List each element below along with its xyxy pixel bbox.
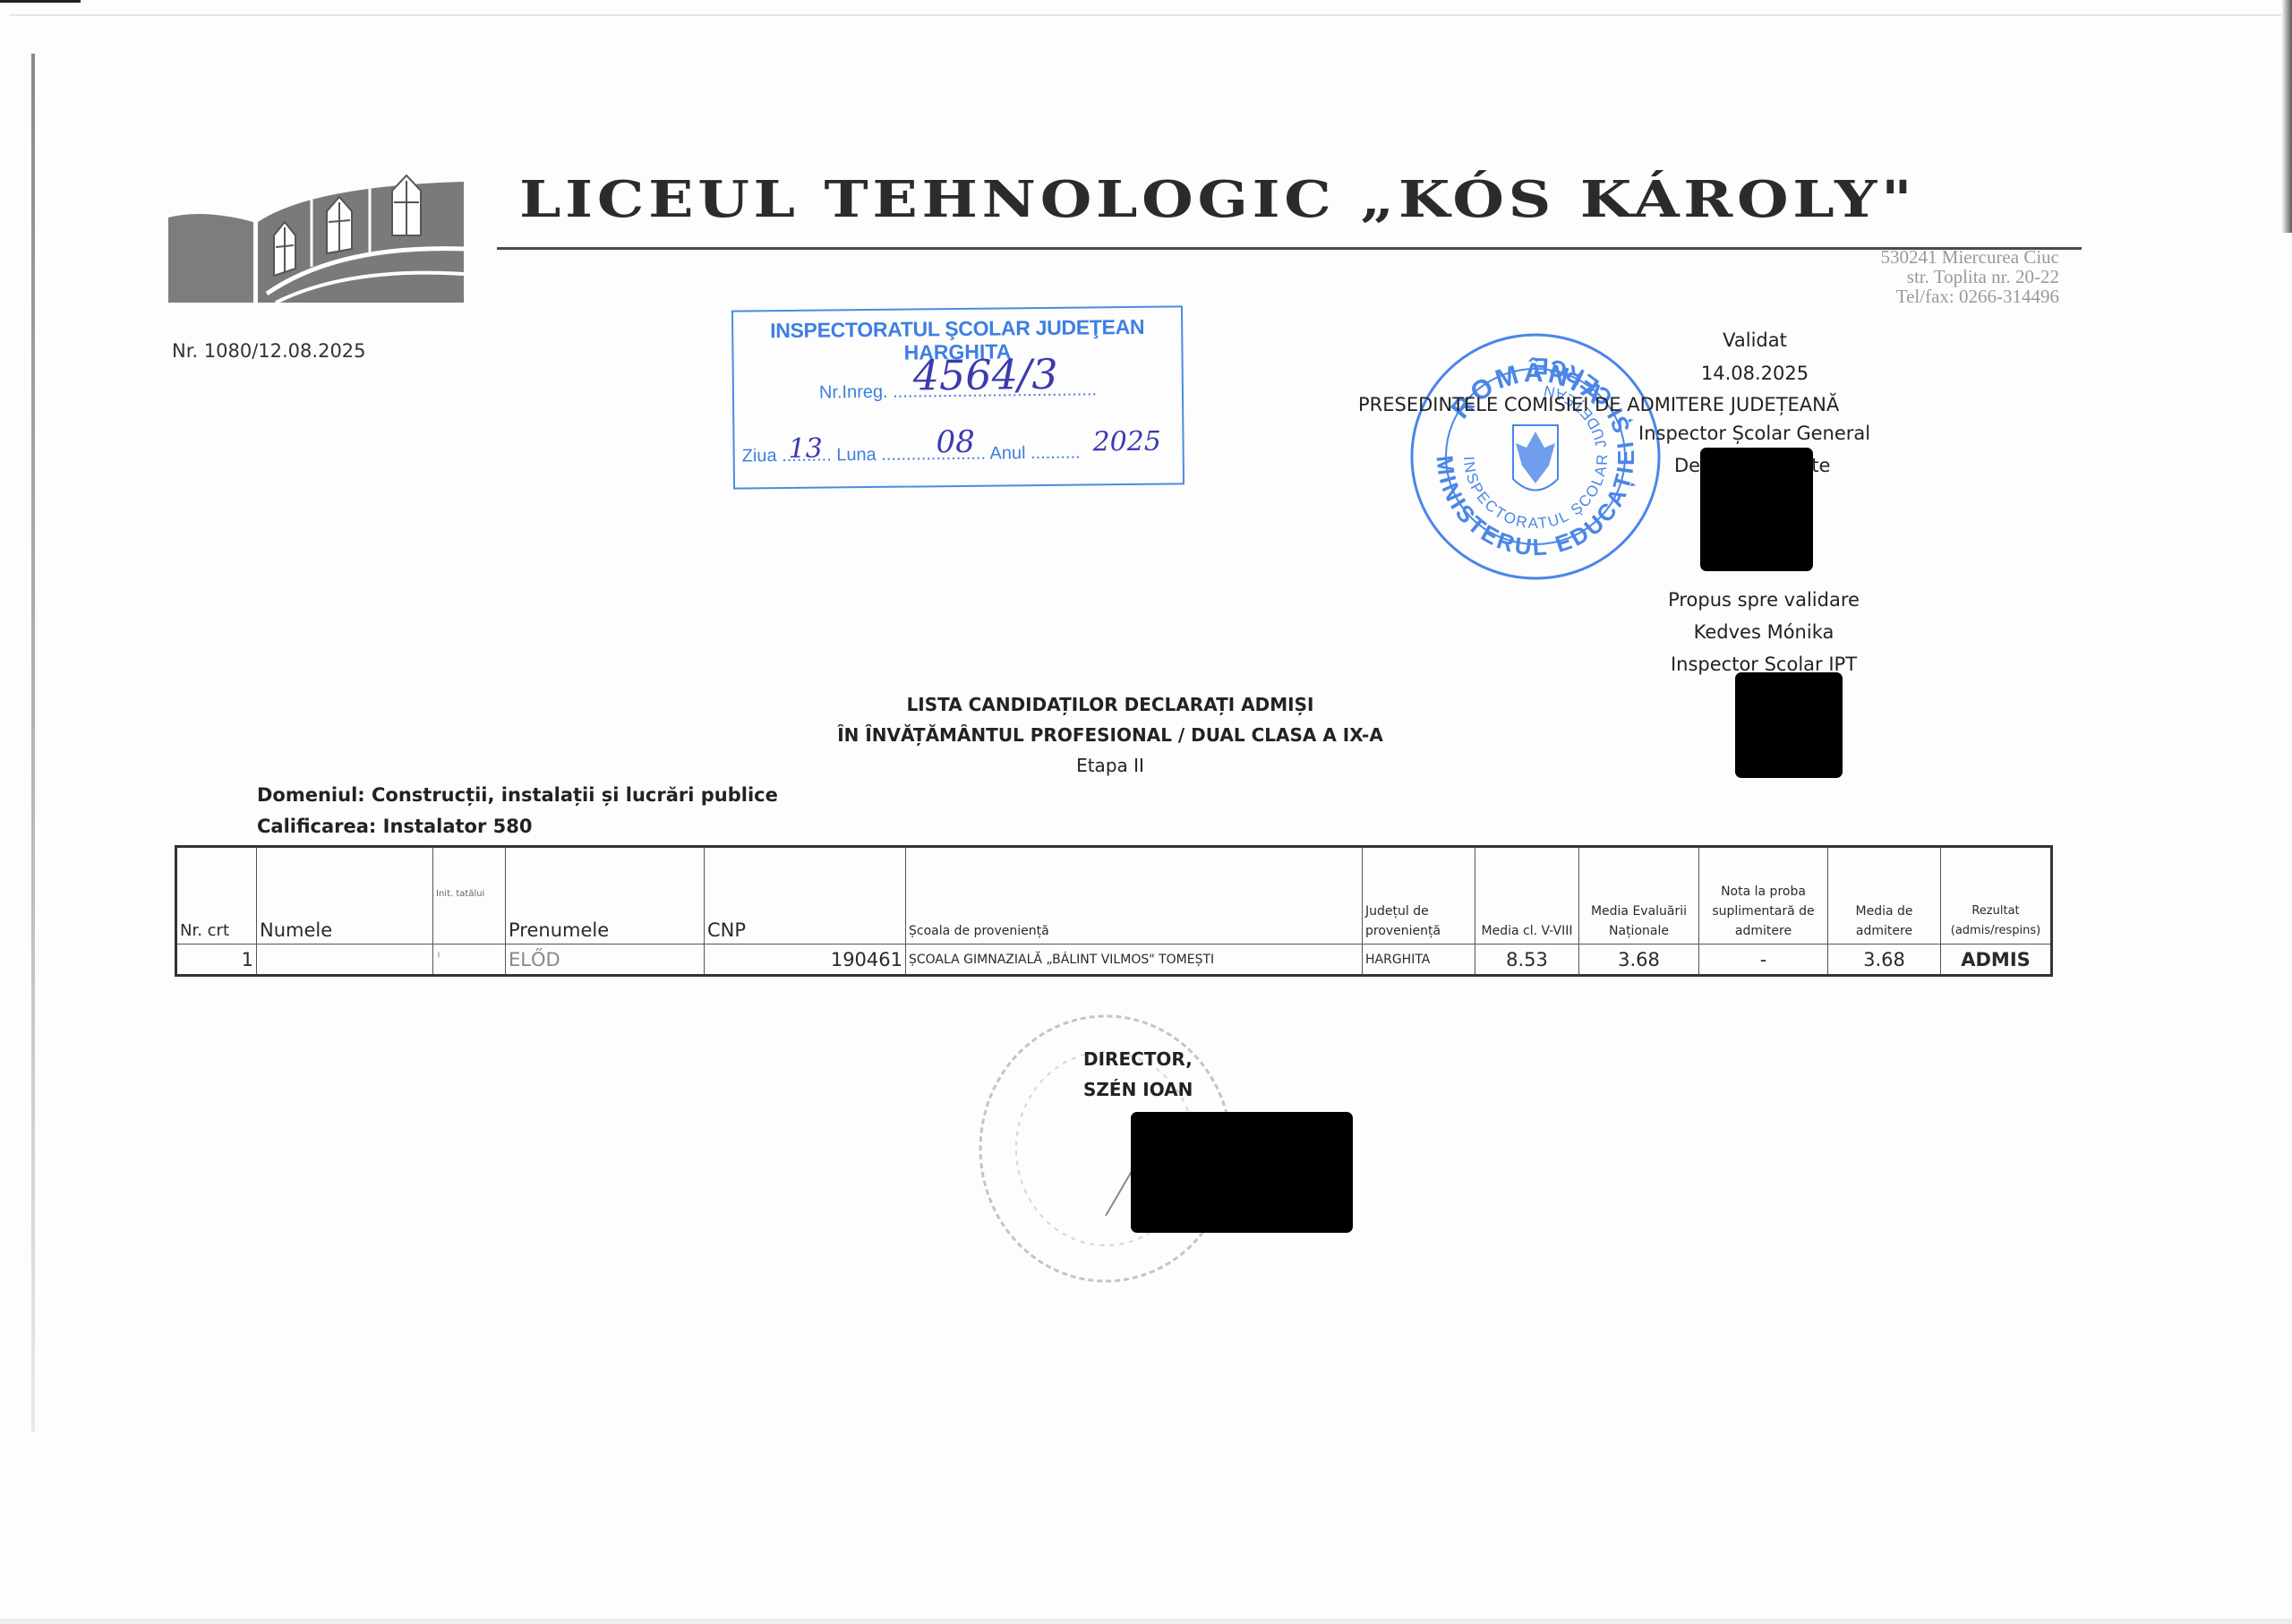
col-header: Rezultat (admis/respins) (1941, 847, 2052, 944)
commission-title: PRESEDINTELE COMISIEI DE ADMITERE JUDEȚE… (1358, 394, 1839, 415)
scan-edge (9, 14, 2283, 16)
inspector-role: Inspector Școlar General (1638, 423, 1870, 444)
domain-line: Domeniul: Construcții, instalații și luc… (257, 784, 778, 806)
cell-father-initial: ' (433, 944, 506, 976)
cell-nr: 1 (176, 944, 257, 976)
proposal-block: Propus spre validare Kedves Mónika Inspe… (1612, 584, 1916, 680)
redacted-signature (1735, 672, 1843, 778)
cell-county: HARGHITA (1363, 944, 1475, 976)
proposer-name: Kedves Mónika (1612, 616, 1916, 648)
cell-school: ȘCOALA GIMNAZIALĂ „BÁLINT VILMOS" TOMEȘT… (906, 944, 1363, 976)
svg-text:INSPECTORATUL ȘCOLAR JUDEȚEAN: INSPECTORATUL ȘCOLAR JUDEȚEAN HARGHITA (1401, 322, 1611, 532)
school-address: 530241 Miercurea Ciuc str. Toplita nr. 2… (1701, 247, 2059, 306)
cell-surname-redacted (257, 944, 433, 976)
col-header: Nr. crt (176, 847, 257, 944)
validation-block: Validat 14.08.2025 (1603, 324, 1907, 390)
stamp-month: 08 (936, 424, 975, 460)
redacted-signature (1131, 1112, 1353, 1233)
cell-cnp: 190461 (705, 944, 906, 976)
col-header: Numele (257, 847, 433, 944)
col-header: Județul de proveniență (1363, 847, 1475, 944)
cell-avg-v-viii: 8.53 (1475, 944, 1579, 976)
director-block: DIRECTOR, SZÉN IOAN (1083, 1044, 1193, 1105)
stamp-nr-value: 4564/3 (912, 350, 1057, 400)
cell-result: ADMIS (1941, 944, 2052, 976)
col-header: Prenumele (506, 847, 705, 944)
scan-edge (0, 1619, 2292, 1624)
address-line: 530241 Miercurea Ciuc (1701, 247, 2059, 267)
inspector-name-partial: De (1674, 455, 1700, 476)
registry-stamp: INSPECTORATUL ŞCOLAR JUDEŢEAN HARGHITA N… (731, 305, 1184, 489)
title-line: LISTA CANDIDAȚILOR DECLARAȚI ADMIȘI (743, 689, 1477, 720)
cell-admission-avg: 3.68 (1828, 944, 1941, 976)
col-header: Media cl. V-VIII (1475, 847, 1579, 944)
scan-edge (2281, 0, 2292, 233)
stamp-day: 13 (788, 433, 823, 465)
redacted-signature (1700, 448, 1813, 571)
stamp-year: 2025 (1092, 426, 1161, 458)
admitted-candidates-table: Nr. crt Numele Init. tatălui Prenumele C… (175, 845, 2053, 977)
stage-label: Etapa II (743, 750, 1477, 781)
col-header: Media Evaluării Naționale (1579, 847, 1699, 944)
table-row: 1 ' ELŐD 190461 ȘCOALA GIMNAZIALĂ „BÁLIN… (176, 944, 2052, 976)
col-header: Init. tatălui (433, 847, 506, 944)
director-title: DIRECTOR, (1083, 1044, 1193, 1074)
scan-edge (0, 0, 81, 3)
address-line: str. Toplita nr. 20-22 (1701, 267, 2059, 286)
proposal-label: Propus spre validare (1612, 584, 1916, 616)
qualification-line: Calificarea: Instalator 580 (257, 816, 532, 837)
col-header: Școala de proveniență (906, 847, 1363, 944)
col-header: Nota la proba suplimentară de admitere (1699, 847, 1828, 944)
director-name: SZÉN IOAN (1083, 1074, 1193, 1105)
col-header: Media de admitere (1828, 847, 1941, 944)
school-name: LICEUL TEHNOLOGIC „KÓS KÁROLY" (519, 170, 1916, 229)
col-header: CNP (705, 847, 906, 944)
table-header-row: Nr. crt Numele Init. tatălui Prenumele C… (176, 847, 2052, 944)
document-number: Nr. 1080/12.08.2025 (172, 340, 366, 362)
validation-status: Validat (1603, 324, 1907, 357)
address-line: Tel/fax: 0266-314496 (1701, 286, 2059, 306)
cell-avg-en: 3.68 (1579, 944, 1699, 976)
cell-extra-test: - (1699, 944, 1828, 976)
scan-margin-line (31, 54, 35, 1432)
seal-inner-text: INSPECTORATUL ȘCOLAR JUDEȚEAN HARGHITA (1401, 322, 1611, 532)
title-line: ÎN ÎNVĂȚĂMÂNTUL PROFESIONAL / DUAL CLASA… (743, 720, 1477, 750)
validation-date: 14.08.2025 (1603, 357, 1907, 390)
school-logo-icon (168, 168, 468, 303)
document-title: LISTA CANDIDAȚILOR DECLARAȚI ADMIȘI ÎN Î… (743, 689, 1477, 781)
cell-first-name: ELŐD (506, 944, 705, 976)
